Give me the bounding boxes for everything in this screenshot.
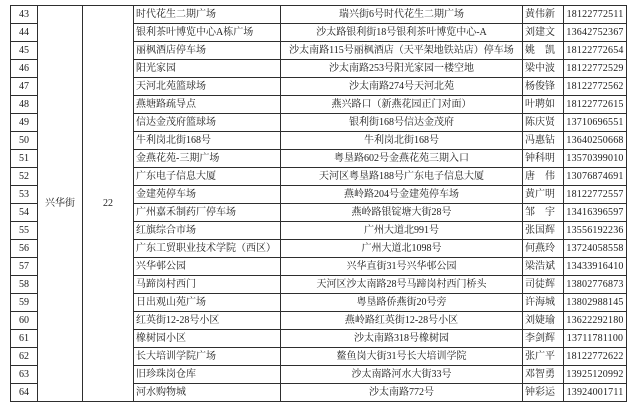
row-number-cell: 52 bbox=[11, 168, 38, 186]
place-name-cell: 兴华邨公园 bbox=[134, 258, 281, 276]
contact-name-cell: 黄伟新 bbox=[523, 6, 564, 24]
place-name-cell: 时代花生二期广场 bbox=[134, 6, 281, 24]
contact-name-cell: 邓智勇 bbox=[523, 366, 564, 384]
contact-name-cell: 叶聘如 bbox=[523, 96, 564, 114]
place-name-cell: 广东电子信息大厦 bbox=[134, 168, 281, 186]
row-number-cell: 51 bbox=[11, 150, 38, 168]
address-cell: 沙太南路318号橡树园 bbox=[281, 330, 523, 348]
phone-number-cell: 13802776873 bbox=[564, 276, 627, 294]
row-number-cell: 55 bbox=[11, 222, 38, 240]
place-name-cell: 马蹄岗村西门 bbox=[134, 276, 281, 294]
phone-number-cell: 13622292180 bbox=[564, 312, 627, 330]
place-name-cell: 广东工贸职业技术学院（西区） bbox=[134, 240, 281, 258]
contact-name-cell: 刘婕瑜 bbox=[523, 312, 564, 330]
place-name-cell: 银利茶叶博览中心A栋广场 bbox=[134, 24, 281, 42]
table-row: 43兴华街22时代花生二期广场瑞兴街6号时代花生二期广场黄伟新181227725… bbox=[11, 6, 627, 24]
address-cell: 天河区粤垦路188号广东电子信息大厦 bbox=[281, 168, 523, 186]
place-name-cell: 长大培训学院广场 bbox=[134, 348, 281, 366]
address-cell: 瑞兴街6号时代花生二期广场 bbox=[281, 6, 523, 24]
phone-number-cell: 18122772622 bbox=[564, 348, 627, 366]
contact-name-cell: 梁中波 bbox=[523, 60, 564, 78]
contact-name-cell: 邹 宇 bbox=[523, 204, 564, 222]
contact-name-cell: 冯惠钻 bbox=[523, 132, 564, 150]
address-cell: 沙太南路河水大街33号 bbox=[281, 366, 523, 384]
row-number-cell: 64 bbox=[11, 384, 38, 402]
contact-name-cell: 陈庆贤 bbox=[523, 114, 564, 132]
phone-number-cell: 13640250668 bbox=[564, 132, 627, 150]
address-cell: 燕兴路口（新燕花园正门对面） bbox=[281, 96, 523, 114]
place-name-cell: 红旗综合市场 bbox=[134, 222, 281, 240]
place-name-cell: 阳光家园 bbox=[134, 60, 281, 78]
row-number-cell: 44 bbox=[11, 24, 38, 42]
row-number-cell: 48 bbox=[11, 96, 38, 114]
row-number-cell: 57 bbox=[11, 258, 38, 276]
address-cell: 沙太南路274号天河北苑 bbox=[281, 78, 523, 96]
phone-number-cell: 13642752367 bbox=[564, 24, 627, 42]
phone-number-cell: 18122772529 bbox=[564, 60, 627, 78]
phone-number-cell: 18122772557 bbox=[564, 186, 627, 204]
address-cell: 燕岭路银锭塘大街28号 bbox=[281, 204, 523, 222]
phone-number-cell: 18122772511 bbox=[564, 6, 627, 24]
contact-name-cell: 梁浩斌 bbox=[523, 258, 564, 276]
place-name-cell: 橡树园小区 bbox=[134, 330, 281, 348]
place-name-cell: 信达金茂府篮球场 bbox=[134, 114, 281, 132]
contact-name-cell: 刘建文 bbox=[523, 24, 564, 42]
phone-number-cell: 13416396597 bbox=[564, 204, 627, 222]
address-cell: 粤垦路侨燕街20号旁 bbox=[281, 294, 523, 312]
row-number-cell: 60 bbox=[11, 312, 38, 330]
phone-number-cell: 13925120992 bbox=[564, 366, 627, 384]
phone-number-cell: 18122772654 bbox=[564, 42, 627, 60]
phone-number-cell: 18122772615 bbox=[564, 96, 627, 114]
phone-number-cell: 13802988145 bbox=[564, 294, 627, 312]
address-cell: 广州大道北991号 bbox=[281, 222, 523, 240]
address-cell: 燕岭路红英街12-28号小区 bbox=[281, 312, 523, 330]
row-number-cell: 61 bbox=[11, 330, 38, 348]
place-name-cell: 红英街12-28号小区 bbox=[134, 312, 281, 330]
row-number-cell: 54 bbox=[11, 204, 38, 222]
place-name-cell: 燕塘路疏导点 bbox=[134, 96, 281, 114]
row-number-cell: 49 bbox=[11, 114, 38, 132]
place-name-cell: 牛利岗北街168号 bbox=[134, 132, 281, 150]
row-number-cell: 59 bbox=[11, 294, 38, 312]
row-number-cell: 47 bbox=[11, 78, 38, 96]
row-number-cell: 63 bbox=[11, 366, 38, 384]
place-name-cell: 金建苑停车场 bbox=[134, 186, 281, 204]
address-cell: 广州大道北1098号 bbox=[281, 240, 523, 258]
address-cell: 天河区沙太南路28号马蹄岗村西门桥头 bbox=[281, 276, 523, 294]
place-name-cell: 金燕花苑-三期广场 bbox=[134, 150, 281, 168]
address-cell: 沙太路银利街18号银利茶叶博览中心-A bbox=[281, 24, 523, 42]
place-name-cell: 日出观山苑广场 bbox=[134, 294, 281, 312]
phone-number-cell: 13710696551 bbox=[564, 114, 627, 132]
contact-name-cell: 黄广明 bbox=[523, 186, 564, 204]
contact-name-cell: 钟科明 bbox=[523, 150, 564, 168]
venues-table-body: 43兴华街22时代花生二期广场瑞兴街6号时代花生二期广场黄伟新181227725… bbox=[11, 6, 627, 402]
row-number-cell: 53 bbox=[11, 186, 38, 204]
address-cell: 银利街168号信达金茂府 bbox=[281, 114, 523, 132]
address-cell: 燕岭路204号金建苑停车场 bbox=[281, 186, 523, 204]
phone-number-cell: 13924001711 bbox=[564, 384, 627, 402]
phone-number-cell: 13076874691 bbox=[564, 168, 627, 186]
row-number-cell: 56 bbox=[11, 240, 38, 258]
phone-number-cell: 13724058558 bbox=[564, 240, 627, 258]
address-cell: 沙太南路253号阳光家园一楼空地 bbox=[281, 60, 523, 78]
row-number-cell: 43 bbox=[11, 6, 38, 24]
row-number-cell: 45 bbox=[11, 42, 38, 60]
phone-number-cell: 13433916410 bbox=[564, 258, 627, 276]
contact-name-cell: 李剑辉 bbox=[523, 330, 564, 348]
place-name-cell: 旧珍珠岗仓库 bbox=[134, 366, 281, 384]
contact-name-cell: 张广平 bbox=[523, 348, 564, 366]
address-cell: 沙太南路772号 bbox=[281, 384, 523, 402]
address-cell: 粤垦路602号金燕花苑三期入口 bbox=[281, 150, 523, 168]
contact-name-cell: 许海城 bbox=[523, 294, 564, 312]
contact-name-cell: 钟彩运 bbox=[523, 384, 564, 402]
address-cell: 沙太南路115号丽枫酒店（天平架地铁站店）停车场 bbox=[281, 42, 523, 60]
contact-name-cell: 杨俊锋 bbox=[523, 78, 564, 96]
contact-name-cell: 姚 凯 bbox=[523, 42, 564, 60]
venues-table: 43兴华街22时代花生二期广场瑞兴街6号时代花生二期广场黄伟新181227725… bbox=[10, 5, 627, 402]
place-name-cell: 天河北苑篮球场 bbox=[134, 78, 281, 96]
contact-name-cell: 何燕玲 bbox=[523, 240, 564, 258]
phone-number-cell: 13711781100 bbox=[564, 330, 627, 348]
contact-name-cell: 司徒辉 bbox=[523, 276, 564, 294]
place-name-cell: 广州嘉禾制药厂停车场 bbox=[134, 204, 281, 222]
place-name-cell: 丽枫酒店停车场 bbox=[134, 42, 281, 60]
address-cell: 兴华直街31号兴华邨公园 bbox=[281, 258, 523, 276]
address-cell: 牛利岗北街168号 bbox=[281, 132, 523, 150]
street-count-cell: 22 bbox=[83, 6, 134, 402]
place-name-cell: 河水购物城 bbox=[134, 384, 281, 402]
phone-number-cell: 18122772562 bbox=[564, 78, 627, 96]
row-number-cell: 50 bbox=[11, 132, 38, 150]
contact-name-cell: 唐 伟 bbox=[523, 168, 564, 186]
street-name-cell: 兴华街 bbox=[38, 6, 83, 402]
document-page: 43兴华街22时代花生二期广场瑞兴街6号时代花生二期广场黄伟新181227725… bbox=[0, 0, 640, 408]
row-number-cell: 46 bbox=[11, 60, 38, 78]
row-number-cell: 58 bbox=[11, 276, 38, 294]
phone-number-cell: 13556192236 bbox=[564, 222, 627, 240]
row-number-cell: 62 bbox=[11, 348, 38, 366]
phone-number-cell: 13570399010 bbox=[564, 150, 627, 168]
contact-name-cell: 张国辉 bbox=[523, 222, 564, 240]
address-cell: 鳌鱼岗大街31号长大培训学院 bbox=[281, 348, 523, 366]
